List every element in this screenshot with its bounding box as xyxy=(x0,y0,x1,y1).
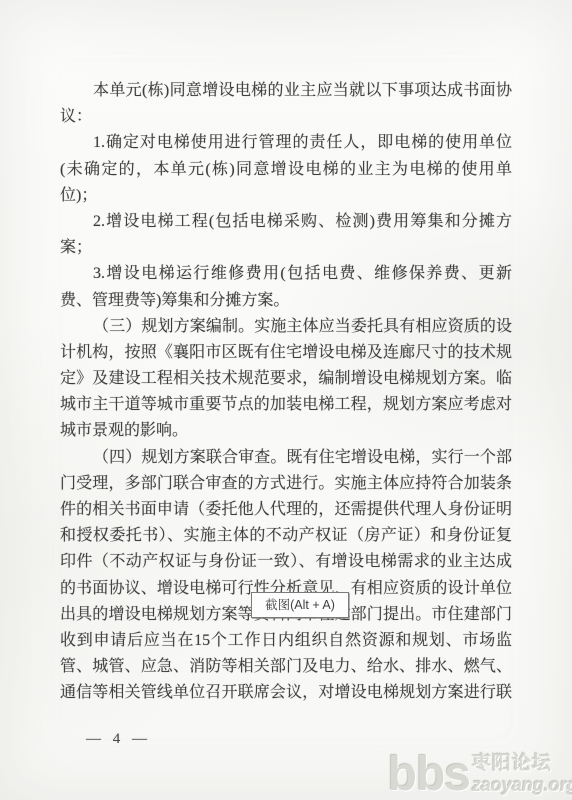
text-line: 费、管理费等)筹集和分摊方案。 xyxy=(60,288,512,314)
watermark-bbs-text: bbs xyxy=(388,755,470,796)
text-line: 本单元(栋)同意增设电梯的业主应当就以下事项达成书面协 xyxy=(60,78,512,104)
text-line: 议： xyxy=(60,104,512,130)
text-line: 1.确定对电梯使用进行管理的责任人，即电梯的使用单位 xyxy=(60,130,512,156)
scanned-document-page: 本单元(栋)同意增设电梯的业主应当就以下事项达成书面协议：1.确定对电梯使用进行… xyxy=(0,0,572,800)
text-line: 计机构，按照《襄阳市区既有住宅增设电梯及连廊尺寸的技术规 xyxy=(60,340,512,366)
text-line: 城市景观的影响。 xyxy=(60,418,512,444)
text-line: （三）规划方案编制。实施主体应当委托具有相应资质的设 xyxy=(60,314,512,340)
text-line: 城市主干道等城市重要节点的加装电梯工程，规划方案应考虑对 xyxy=(60,392,512,418)
screenshot-tooltip: 截图(Alt + A) xyxy=(251,592,349,618)
text-line: 2.增设电梯工程(包括电梯采购、检测)费用筹集和分摊方 xyxy=(60,209,512,235)
text-line: 和授权委托书）、实施主体的不动产权证（房产证）和身份证复 xyxy=(60,523,512,549)
text-line: (未确定的，本单元(栋)同意增设电梯的业主为电梯的使用单 xyxy=(60,157,512,183)
text-line: 案； xyxy=(60,235,512,261)
watermark-site-block: 枣阳论坛 zaoyang.org xyxy=(472,748,572,796)
watermark-site-domain: zaoyang.org xyxy=(472,775,572,796)
forum-watermark: bbs 枣阳论坛 zaoyang.org xyxy=(388,748,572,796)
text-line: （四）规划方案联合审查。既有住宅增设电梯，实行一个部 xyxy=(60,445,512,471)
text-line: 3.增设电梯运行维修费用(包括电费、维修保养费、更新 xyxy=(60,261,512,287)
text-line: 通信等相关管线单位召开联席会议，对增设电梯规划方案进行联 xyxy=(60,680,512,706)
text-line: 印件（不动产权证与身份证一致）、有增设电梯需求的业主达成 xyxy=(60,549,512,575)
watermark-site-name-cn: 枣阳论坛 xyxy=(472,748,572,775)
text-line: 门受理，多部门联合审查的方式进行。实施主体应持符合加装条 xyxy=(60,471,512,497)
text-line: 收到申请后应当在15个工作日内组织自然资源和规划、市场监 xyxy=(60,628,512,654)
text-line: 件的相关书面申请（委托他人代理的，还需提供代理人身份证明 xyxy=(60,497,512,523)
text-line: 管、城管、应急、消防等相关部门及电力、给水、排水、燃气、 xyxy=(60,654,512,680)
page-number: — 4 — xyxy=(86,731,151,748)
text-line: 定》及建设工程相关技术规范要求，编制增设电梯规划方案。临 xyxy=(60,366,512,392)
screenshot-tooltip-label: 截图(Alt + A) xyxy=(265,598,335,612)
text-line: 位)； xyxy=(60,183,512,209)
